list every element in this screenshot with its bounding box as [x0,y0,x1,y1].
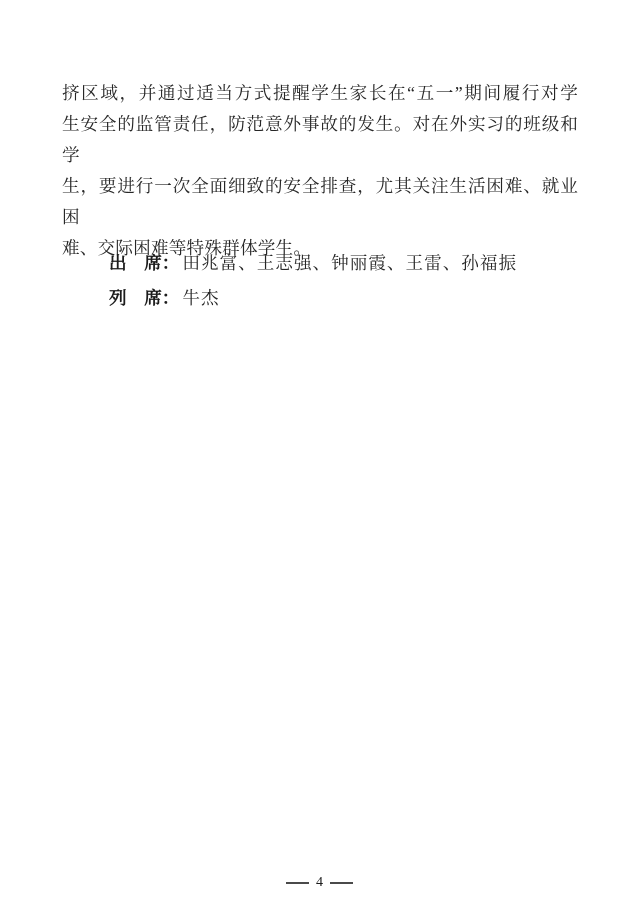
observer-label: 列 席： [109,288,179,308]
paragraph-line-2: 生安全的监管责任，防范意外事故的发生。对在外实习的班级和学 [62,109,578,171]
paragraph-line-1: 挤区域，并通过适当方式提醒学生家长在“五一”期间履行对学 [62,78,578,109]
present-row: 出 席：田兆富、王志强、钟丽霞、王雷、孙福振 [109,248,517,279]
page-footer: 4 [0,876,639,890]
present-names: 田兆富、王志强、钟丽霞、王雷、孙福振 [182,253,517,273]
footer-dash-right [330,882,353,884]
page-number: 4 [316,876,323,890]
attendance-block: 出 席：田兆富、王志强、钟丽霞、王雷、孙福振 列 席：牛杰 [109,248,517,314]
footer-dash-left [286,882,309,884]
observer-names: 牛杰 [182,288,219,308]
present-label: 出 席： [109,253,179,273]
paragraph-line-3: 生，要进行一次全面细致的安全排查，尤其关注生活困难、就业困 [62,171,578,233]
body-paragraph: 挤区域，并通过适当方式提醒学生家长在“五一”期间履行对学 生安全的监管责任，防范… [62,78,578,264]
document-page: 挤区域，并通过适当方式提醒学生家长在“五一”期间履行对学 生安全的监管责任，防范… [0,0,639,905]
observer-row: 列 席：牛杰 [109,283,517,314]
